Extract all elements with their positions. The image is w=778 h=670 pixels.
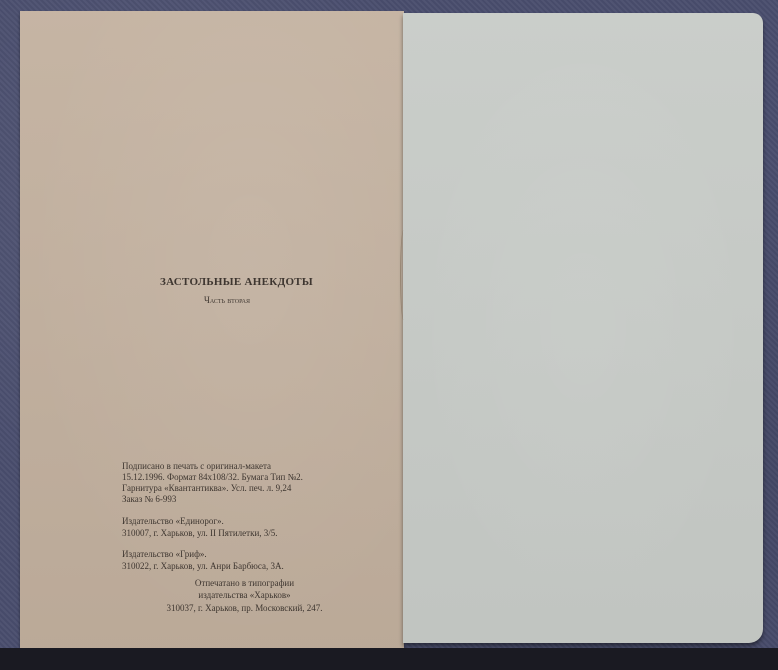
printer-line: 310037, г. Харьков, пр. Московский, 247.	[122, 603, 367, 614]
book-title: ЗАСТОЛЬНЫЕ АНЕКДОТЫ	[160, 276, 313, 288]
imprint-line: Подписано в печать с оригинал-макета	[122, 461, 271, 472]
imprint-line: 15.12.1996. Формат 84х108/32. Бумага Тип…	[122, 472, 303, 483]
publisher1-line: Издательство «Единорог».	[122, 516, 224, 527]
publisher2-line: 310022, г. Харьков, ул. Анри Барбюса, 3А…	[122, 561, 284, 572]
book-subtitle: Часть вторая	[204, 295, 250, 305]
printer-line: издательства «Харьков»	[122, 590, 367, 601]
printer-line: Отпечатано в типографии	[122, 578, 367, 589]
publisher1-line: 310007, г. Харьков, ул. II Пятилетки, 3/…	[122, 528, 278, 539]
imprint-line: Заказ № 6-993	[122, 494, 176, 505]
imprint-line: Гарнитура «Квантантиква». Усл. печ. л. 9…	[122, 483, 291, 494]
publisher2-line: Издательство «Гриф».	[122, 549, 207, 560]
right-page-blank	[403, 13, 763, 643]
table-shadow	[0, 648, 778, 670]
page-crease	[400, 230, 407, 320]
